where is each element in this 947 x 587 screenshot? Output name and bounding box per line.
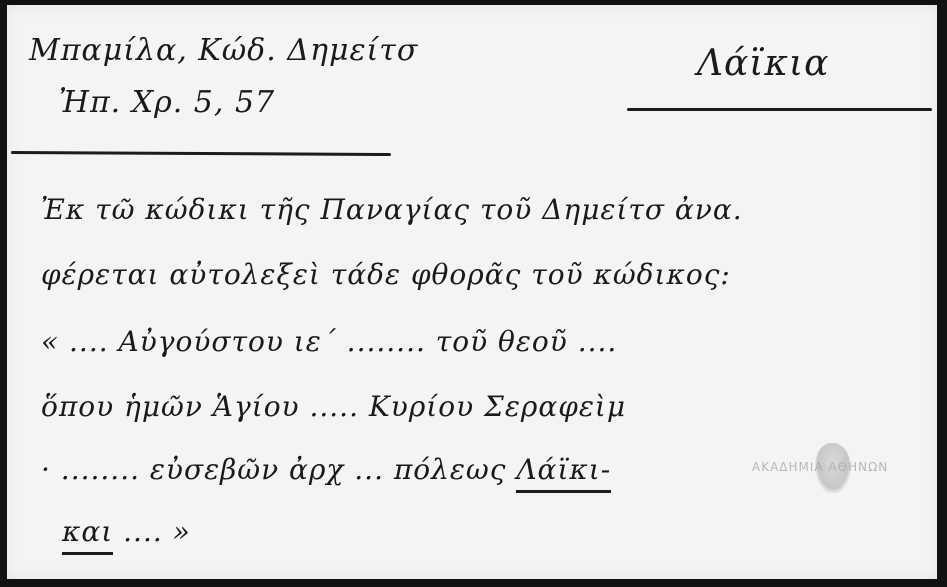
headword-underline-divider [627,108,932,111]
body-line-4: ὅπου ἡμῶν Ἁγίου ..... Κυρίου Σεραφεὶμ [41,390,626,423]
index-card: Μπαμίλα, Κώδ. Δημείτσ Ἠπ. Χρ. 5, 57 Λάϊκ… [7,5,937,579]
body-line-6-text: .... » [113,515,191,548]
body-line-2: φέρεται αὐτολεξεὶ τάδε φθορᾶς τοῦ κώδικο… [41,258,731,291]
headword-continuation-underlined: και [62,515,113,555]
headword-inline-underlined: Λάϊκι- [516,453,611,493]
source-citation-line2: Ἠπ. Χρ. 5, 57 [59,85,275,120]
source-citation-line1: Μπαμίλα, Κώδ. Δημείτσ [29,33,418,68]
academy-watermark: ΑΚΑΔΗΜΙΑ ΑΘΗΝΩΝ [752,460,888,474]
body-line-5-text: · ........ εὐσεβῶν ἀρχ ... πόλεως [41,453,506,486]
headword: Λάϊκια [697,43,829,84]
body-line-6: και .... » [62,515,191,548]
body-line-3: « .... Αὐγούστου ιε΄ ........ τοῦ θεοῦ .… [41,325,617,358]
body-line-1: Ἐκ τῶ κώδικι τῆς Παναγίας τοῦ Δημείτσ ἀν… [41,193,743,226]
source-underline-divider [11,151,391,156]
body-line-5: · ........ εὐσεβῶν ἀρχ ... πόλεως Λάϊκι- [41,453,611,486]
